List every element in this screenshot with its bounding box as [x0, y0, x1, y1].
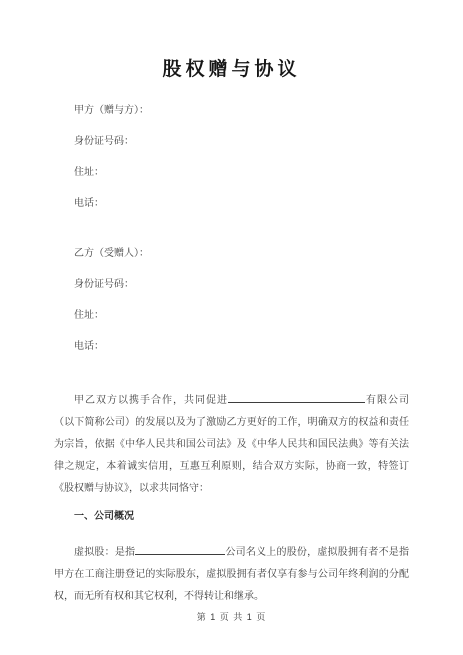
document-title: 股权赠与协议 — [54, 57, 409, 83]
virtual-share-text-before: 虚拟股：是指 — [74, 547, 135, 558]
preamble-paragraph: 甲乙双方以携手合作，共同促进有限公司（以下简称公司）的发展以及为了激励乙方更好的… — [54, 390, 409, 500]
section-1-heading: 一、公司概况 — [54, 510, 409, 523]
preamble-text-before: 甲乙双方以携手合作，共同促进 — [74, 395, 228, 406]
party-a-address-label: 住址： — [54, 166, 409, 179]
party-b-id-label: 身份证号码： — [54, 278, 409, 291]
party-b-address-label: 住址： — [54, 309, 409, 322]
document-page: 股权赠与协议 甲方（赠与方）： 身份证号码： 住址： 电话： 乙方（受赠人）： … — [0, 0, 463, 655]
party-b-name-label: 乙方（受赠人）： — [54, 247, 409, 260]
document-content: 股权赠与协议 甲方（赠与方）： 身份证号码： 住址： 电话： 乙方（受赠人）： … — [0, 57, 463, 608]
party-b-phone-label: 电话： — [54, 340, 409, 353]
virtual-share-paragraph: 虚拟股：是指公司名义上的股份，虚拟股拥有者不是指甲方在工商注册登记的实际股东，虚… — [54, 542, 409, 608]
page-indicator: 第 1 页 共 1 页 — [197, 612, 267, 622]
party-a-name-label: 甲方（赠与方）： — [54, 104, 409, 117]
company-name-blank-underline-2 — [135, 544, 225, 555]
party-b-block: 乙方（受赠人）： 身份证号码： 住址： 电话： — [54, 247, 409, 353]
party-a-id-label: 身份证号码： — [54, 135, 409, 148]
preamble-text-after: 有限公司（以下简称公司）的发展以及为了激励乙方更好的工作，明确双方的权益和责任为… — [54, 395, 409, 494]
party-a-block: 甲方（赠与方）： 身份证号码： 住址： 电话： — [54, 104, 409, 210]
page-footer: 第 1 页 共 1 页 — [0, 611, 463, 623]
company-name-blank-underline — [228, 392, 365, 403]
party-a-phone-label: 电话： — [54, 197, 409, 210]
